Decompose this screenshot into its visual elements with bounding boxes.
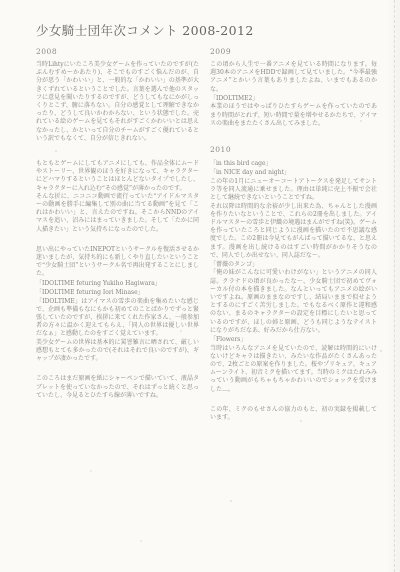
scan-edge-line: [394, 0, 395, 572]
year-heading-2008: 2008: [36, 47, 199, 56]
year-heading-2009: 2009: [210, 47, 377, 56]
scanned-page: 少女騎士団年次コメント 2008-2012 2008 当時Lihtyにいたころ美…: [0, 0, 400, 572]
para-2009-idoltime2-comment: 本業のほうではやっぱりひたすらゲームを作っていたのであまり時間がとれず、短い時間…: [210, 103, 377, 128]
para-2008-galgame-gap: 美少女ゲームの世界は基本的に罵詈雑言に晒されて、厳しい感想もとても多かったので(…: [36, 339, 199, 364]
book-title-bird-cage: 「in this bird cage」: [210, 159, 377, 169]
para-2009-anime: この頃から人生で一番アニメを見ている時間になります。毎週30本のアニメをHDDで…: [210, 61, 377, 94]
right-column: 2009 この頃から人生で一番アニメを見ている時間になります。毎週30本のアニメ…: [210, 47, 377, 422]
year-heading-2010: 2010: [210, 145, 377, 154]
para-2008-circle-restart: 思い出にやっていたINEPOTというサークルを復活させるか迷いましたが、気持ち的…: [36, 246, 199, 279]
book-title-flowers: 「Flowers」: [210, 335, 377, 345]
album-title-idoltime2: 「IDOLTIME2」: [210, 94, 377, 104]
para-2010-doujin-switch: この年の1月にニューオーコートアトークスを発足してサントラ等を同人流通に乗せまし…: [210, 178, 377, 203]
para-2008-niconico: そんな折に、ニコニコ動画で流行っていた“アイドルマスターの動画を勝手に編集して別…: [36, 193, 199, 234]
scan-noise: [0, 0, 2, 2]
left-column: 2008 当時Lihtyにいたころ美少女ゲームを作っていたのですが(たぶんむすめ…: [36, 47, 199, 400]
para-2008-intro: 当時Lihtyにいたころ美少女ゲームを作っていたのですが(たぶんむすめーかあたり…: [36, 61, 199, 143]
para-2010-flowers-comment: 当時はいろんなアニメを見ていたので、読解は時間的にいけないけどキャラは描きたい、…: [210, 345, 377, 394]
para-2010-closing: この年、ミクのもせさんの協力のもと、初の実録を掲載しています。: [210, 406, 377, 422]
book-title-nice-day: 「in NICE day and night」: [210, 168, 377, 178]
para-2008-pencil-drawing: このころはまだ原画を紙にシャーペンで描いていて、液晶タブレットを使っていなかった…: [36, 375, 199, 400]
scan-edge-shadow: [386, 0, 400, 572]
page-title: 少女騎士団年次コメント 2008-2012: [36, 21, 254, 39]
para-2008-idoltime-comment: 「IDOLTIME」はアイマスの雪歩の楽曲を集めたいな感じで、企画も準備もなにも…: [36, 298, 199, 339]
para-2010-oreimo: 「俺の妹がこんなに可愛いわけがない」というアニメの同人誌。クラナドの頃が良かった…: [210, 269, 377, 335]
para-2008-taste: もともとゲームにしてもアニメにしても、作品全体にムードやストーリー、世界観のほう…: [36, 160, 199, 193]
para-2010-two-books: それ以降は時間的な余裕が少し出来た為、ちゃんとした漫画を作りたいなということで、…: [210, 203, 377, 260]
album-title-idoltime-iori: 「IDOLTIME feturing Iori Minase」: [36, 288, 199, 298]
album-title-idoltime-yukiho: 「IDOLTIME feturing Yukiho Hagiwara」: [36, 279, 199, 289]
